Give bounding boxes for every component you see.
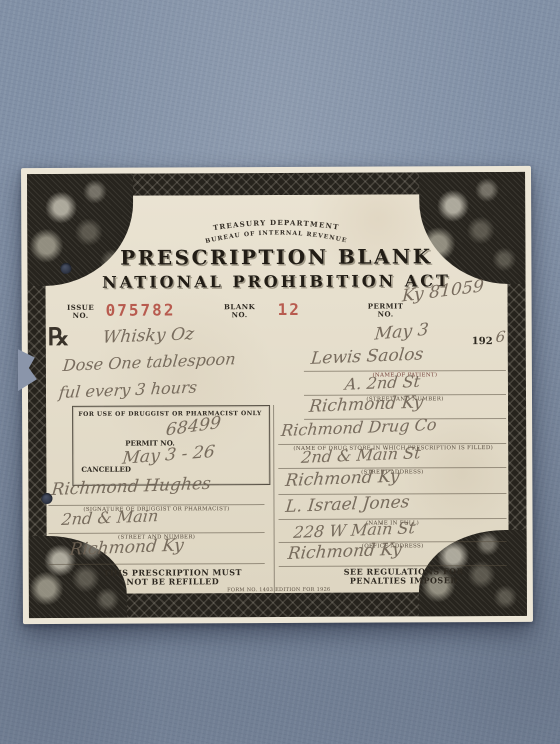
rx-symbol: ℞ <box>48 322 70 351</box>
photo-background: { "photo": { "surface_color": "#8190a6" … <box>0 0 560 744</box>
svg-text:BUREAU OF INTERNAL REVENUE: BUREAU OF INTERNAL REVENUE <box>205 229 348 245</box>
issue-no-value: 075782 <box>106 300 176 319</box>
agency-arc-text: TREASURY DEPARTMENT BUREAU OF INTERNAL R… <box>171 207 381 248</box>
arc-line-2: BUREAU OF INTERNAL REVENUE <box>205 229 348 245</box>
hole-punch-bottom <box>41 493 52 504</box>
penalties-notice: SEE REGULATIONS FOR PENALTIES IMPOSED <box>313 567 495 586</box>
issue-no-label: ISSUE NO. <box>64 304 98 319</box>
patient-street-handwritten: A. 2nd St <box>344 372 421 394</box>
prescription-document: TREASURY DEPARTMENT BUREAU OF INTERNAL R… <box>21 166 533 624</box>
druggist-use-box: FOR USE OF DRUGGIST OR PHARMACIST ONLY P… <box>72 405 270 486</box>
penalties-line-2: PENALTIES IMPOSED <box>313 576 495 586</box>
form-number-note: FORM NO. 1403 EDITION FOR 1926 <box>169 587 389 594</box>
blank-no-label: BLANK NO. <box>222 303 258 318</box>
year-handwritten: 6 <box>495 328 506 346</box>
prescribed-drug-handwritten: Whisky Oz <box>102 324 195 348</box>
no-refill-notice: THIS PRESCRIPTION MUST NOT BE REFILLED <box>85 568 261 587</box>
year-printed: 192 <box>472 336 493 347</box>
druggist-street-handwritten: 2nd & Main <box>61 506 160 529</box>
no-refill-line-2: NOT BE REFILLED <box>85 577 261 587</box>
permit-no-label: PERMIT NO. <box>366 302 406 317</box>
druggist-box-header: FOR USE OF DRUGGIST OR PHARMACIST ONLY <box>75 410 265 418</box>
title-prescription-blank: PRESCRIPTION BLANK <box>21 244 531 270</box>
blank-no-value: 12 <box>278 300 301 319</box>
hole-punch-top <box>60 263 71 274</box>
